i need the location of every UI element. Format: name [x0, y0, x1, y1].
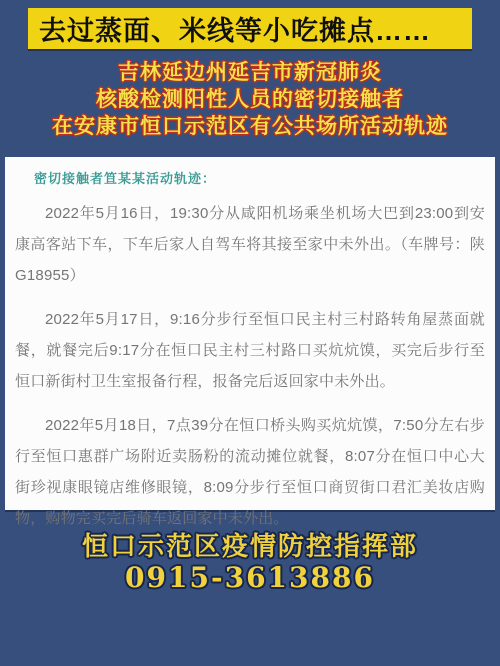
trajectory-paragraph-may17: 2022年5月17日，9:16分步行至恒口民主村三村路转角屋蒸面就餐，就餐完后9…	[15, 304, 485, 397]
trajectory-paragraph-may16: 2022年5月16日，19:30分从咸阳机场乘坐机场大巴到23:00到安康高客站…	[15, 198, 485, 291]
footer-phone-number: 0915-3613886	[0, 561, 500, 594]
top-banner-text: 去过蒸面、米线等小吃摊点……	[39, 9, 431, 48]
notice-card: 密切接触者笪某某活动轨迹： 2022年5月16日，19:30分从咸阳机场乘坐机场…	[5, 157, 495, 510]
subtitle-line-3: 在安康市恒口示范区有公共场所活动轨迹	[0, 113, 500, 140]
subtitle-line-1: 吉林延边州延吉市新冠肺炎	[0, 59, 500, 86]
subtitle-block: 吉林延边州延吉市新冠肺炎 核酸检测阳性人员的密切接触者 在安康市恒口示范区有公共…	[0, 59, 500, 140]
footer-organization: 恒口示范区疫情防控指挥部	[0, 526, 500, 563]
subtitle-line-2: 核酸检测阳性人员的密切接触者	[0, 86, 500, 113]
trajectory-paragraph-may18: 2022年5月18日，7点39分在恒口桥头购买炕炕馍，7:50分左右步行至恒口惠…	[15, 410, 485, 534]
notice-page: 去过蒸面、米线等小吃摊点…… 吉林延边州延吉市新冠肺炎 核酸检测阳性人员的密切接…	[0, 0, 500, 666]
top-banner: 去过蒸面、米线等小吃摊点……	[28, 8, 472, 49]
trajectory-heading: 密切接触者笪某某活动轨迹：	[34, 168, 485, 187]
